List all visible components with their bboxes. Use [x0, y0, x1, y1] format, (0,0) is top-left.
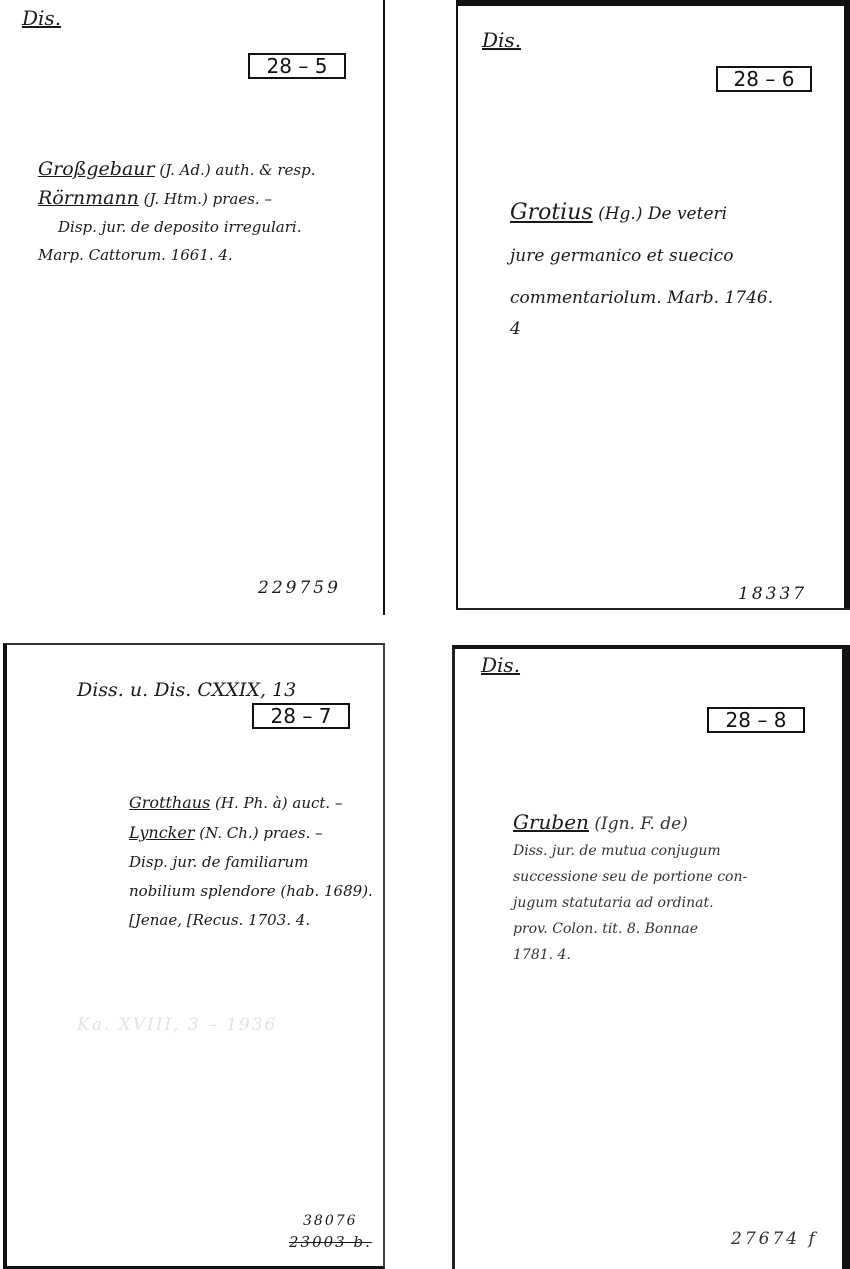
shelf-number: 28 – 5: [248, 53, 346, 79]
author-name: Grotthaus: [129, 793, 210, 812]
shelf-number: 28 – 6: [716, 66, 812, 92]
catalog-card-28-5: Dis. 28 – 5 Großgebaur (J. Ad.) auth. & …: [0, 0, 385, 615]
entry-line: Großgebaur (J. Ad.) auth. & resp.: [38, 155, 316, 184]
location-mark: Dis.: [481, 653, 520, 677]
catalog-entry: Großgebaur (J. Ad.) auth. & resp. Rörnma…: [38, 155, 316, 269]
catalog-cards-scan: Dis. 28 – 5 Großgebaur (J. Ad.) auth. & …: [0, 0, 850, 1269]
entry-line: Diss. jur. de mutua conjugum: [513, 838, 747, 864]
entry-line: prov. Colon. tit. 8. Bonnae: [513, 916, 747, 942]
catalog-entry: Grotthaus (H. Ph. à) auct. – Lyncker (N.…: [129, 788, 373, 935]
location-mark: Dis.: [22, 6, 61, 30]
location-mark: Diss. u. Dis. CXXIX, 13: [77, 679, 296, 701]
praeses-name: Lyncker: [129, 823, 194, 842]
entry-text: (J. Htm.) praes. –: [139, 190, 272, 208]
shelf-number: 28 – 7: [252, 703, 350, 729]
location-mark: Dis.: [482, 28, 521, 52]
entry-line: Grotius (Hg.) De veteri: [510, 192, 773, 235]
author-name: Großgebaur: [38, 158, 155, 180]
entry-text: (Ign. F. de): [589, 814, 688, 834]
entry-line: Lyncker (N. Ch.) praes. –: [129, 818, 373, 848]
entry-line: jure germanico et suecico: [510, 235, 773, 277]
entry-line: Rörnmann (J. Htm.) praes. –: [38, 184, 316, 213]
entry-line: Marp. Cattorum. 1661. 4.: [38, 241, 316, 269]
catalog-card-28-7: Diss. u. Dis. CXXIX, 13 28 – 7 Grotthaus…: [3, 643, 385, 1269]
accession-number: 229759: [258, 578, 341, 598]
entry-text: (H. Ph. à) auct. –: [210, 794, 342, 812]
praeses-name: Rörnmann: [38, 187, 139, 209]
accession-number-struck: 23003 b.: [289, 1233, 372, 1251]
entry-line: commentariolum. Marb. 1746.: [510, 277, 773, 319]
entry-line: Grotthaus (H. Ph. à) auct. –: [129, 788, 373, 818]
entry-text: (J. Ad.) auth. & resp.: [155, 161, 316, 179]
entry-line: Disp. jur. de deposito irregulari.: [38, 213, 316, 241]
entry-text: (N. Ch.) praes. –: [194, 824, 322, 842]
faded-note: Ka. XVIII, 3 – 1936: [77, 1015, 277, 1035]
accession-number: 18337: [738, 584, 807, 604]
entry-line: Disp. jur. de familiarum: [129, 848, 373, 877]
catalog-entry: Grotius (Hg.) De veteri jure germanico e…: [510, 192, 773, 339]
author-name: Gruben: [513, 810, 589, 834]
catalog-card-28-8: Dis. 28 – 8 Gruben (Ign. F. de) Diss. ju…: [452, 645, 850, 1269]
entry-text: (Hg.) De veteri: [593, 204, 727, 224]
accession-number: 27674 f: [731, 1229, 818, 1249]
catalog-entry: Gruben (Ign. F. de) Diss. jur. de mutua …: [513, 809, 747, 968]
entry-line: nobilium splendore (hab. 1689).: [129, 877, 373, 906]
shelf-number: 28 – 8: [707, 707, 805, 733]
entry-line: [Jenae, [Recus. 1703. 4.: [129, 906, 373, 935]
entry-line: jugum statutaria ad ordinat.: [513, 890, 747, 916]
entry-line: 1781. 4.: [513, 942, 747, 968]
accession-number: 38076: [303, 1213, 358, 1229]
entry-line: Gruben (Ign. F. de): [513, 809, 747, 838]
catalog-card-28-6: Dis. 28 – 6 Grotius (Hg.) De veteri jure…: [456, 0, 850, 610]
entry-line: 4: [510, 319, 773, 339]
author-name: Grotius: [510, 200, 593, 225]
entry-line: successione seu de portione con-: [513, 864, 747, 890]
